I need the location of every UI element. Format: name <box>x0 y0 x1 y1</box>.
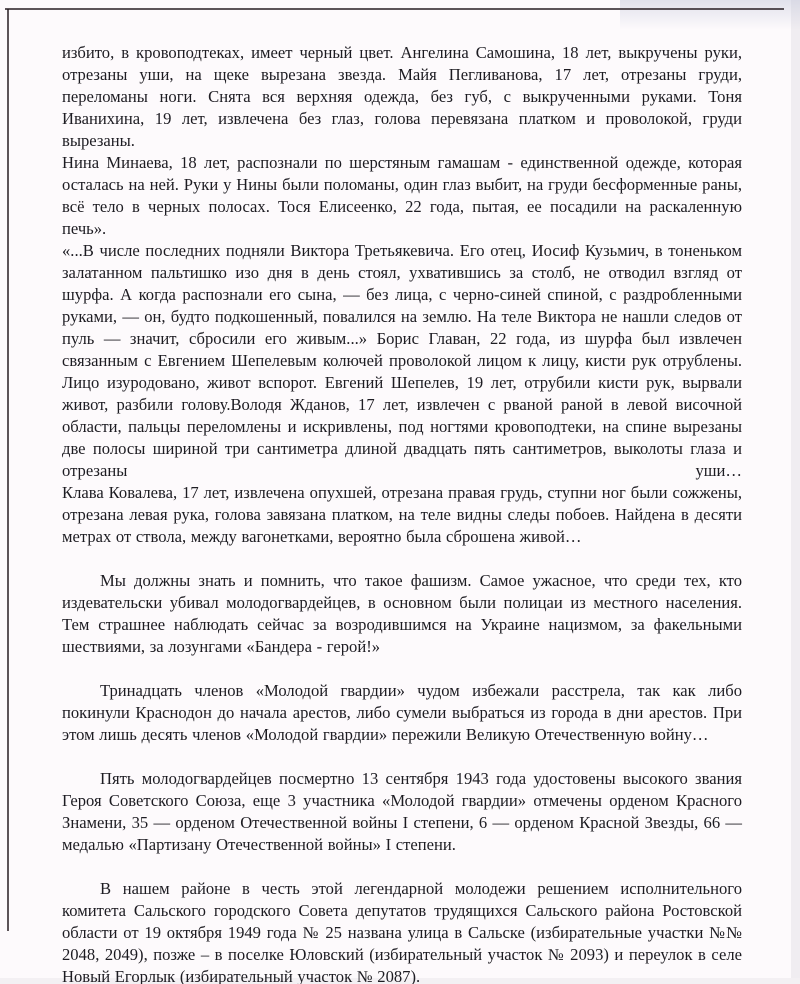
scan-left-border-line <box>7 9 9 931</box>
paragraph: Мы должны знать и помнить, что такое фаш… <box>62 570 742 658</box>
scan-corner-shadow <box>620 0 800 30</box>
paragraph: избито, в кровоподтеках, имеет черный цв… <box>62 42 742 152</box>
paragraph: Тринадцать членов «Молодой гвардии» чудо… <box>62 680 742 746</box>
paragraph: Нина Минаева, 18 лет, распознали по шерс… <box>62 152 742 240</box>
scan-top-border-line <box>5 8 784 10</box>
paragraph: «...В числе последних подняли Виктора Тр… <box>62 240 742 482</box>
scanned-document-page: избито, в кровоподтеках, имеет черный цв… <box>0 0 800 984</box>
paragraph: В нашем районе в честь этой легендарной … <box>62 878 742 984</box>
document-body: избито, в кровоподтеках, имеет черный цв… <box>62 42 742 984</box>
scan-right-edge-strip <box>791 0 800 984</box>
paragraph: Клава Ковалева, 17 лет, извлечена опухше… <box>62 482 742 548</box>
paragraph: Пять молодогвардейцев посмертно 13 сентя… <box>62 768 742 856</box>
